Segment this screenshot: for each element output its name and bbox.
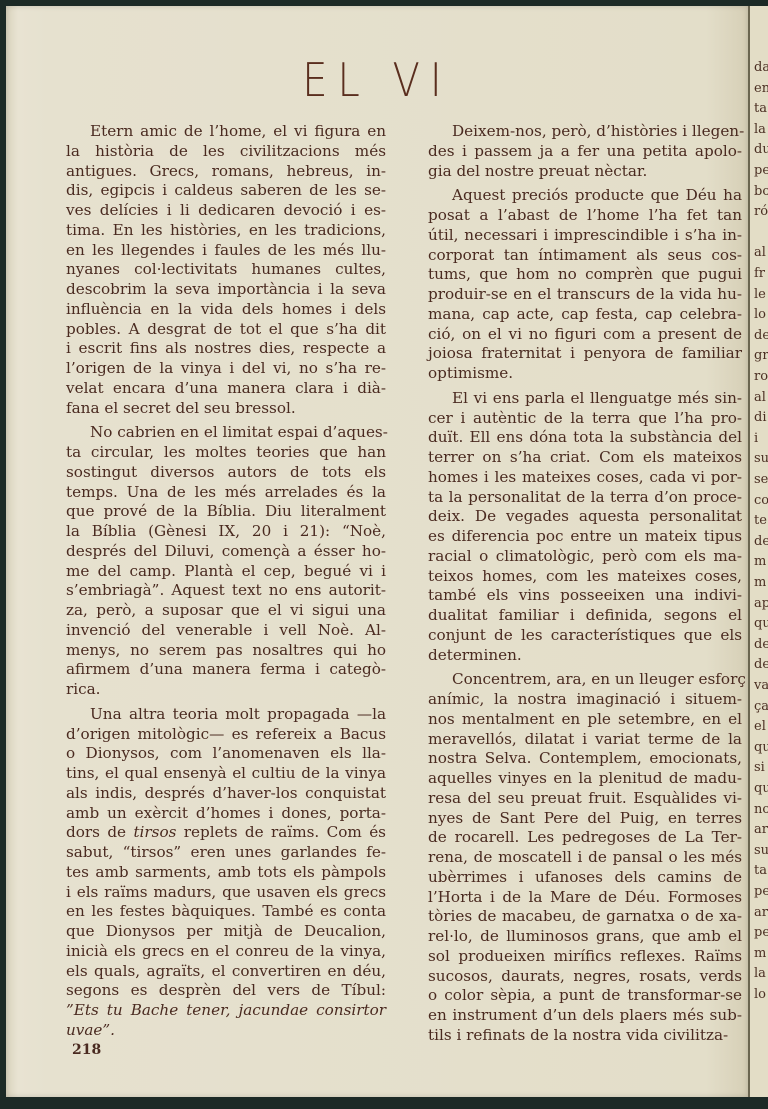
paragraph: El vi ens parla el llenguatge més sin-ce… — [428, 389, 742, 666]
text-line: gia del nostre preuat nèctar. — [428, 162, 742, 182]
text-line: que Dionysos per mitjà de Deucalion, — [66, 922, 386, 942]
adjacent-page-text-fragment: bo — [754, 182, 768, 202]
text-line: Una altra teoria molt propagada —la — [66, 705, 386, 725]
text-line: menys, no serem pas nosaltres qui ho — [66, 641, 386, 661]
text-line: deix. De vegades aquesta personalitat — [428, 507, 742, 527]
adjacent-page-text-fragment: lo — [754, 305, 766, 325]
text-line: ubèrrimes i ufanoses dels camins de — [428, 868, 742, 888]
text-line: posat a l’abast de l’home l’ha fet tan — [428, 206, 742, 226]
text-line: i escrit fins als nostres dies, respecte… — [66, 339, 386, 359]
page-number: 218 — [72, 1042, 101, 1058]
adjacent-page-text-fragment: su — [754, 841, 768, 861]
adjacent-page-text-fragment: lo — [754, 985, 766, 1005]
text-line: teixos homes, com les mateixes coses, — [428, 567, 742, 587]
text-line: produir-se en el transcurs de la vida hu… — [428, 285, 742, 305]
text-line: El vi ens parla el llenguatge més sin- — [428, 389, 742, 409]
text-line: nyanes col·lectivitats humanes cultes, — [66, 260, 386, 280]
adjacent-page-text-fragment: m — [754, 552, 766, 572]
paragraph: Etern amic de l’home, el vi figura enla … — [66, 122, 386, 418]
paragraph: Concentrem, ara, en un lleuger esforçaní… — [428, 670, 742, 1045]
text-line: també els vins posseeixen una indivi- — [428, 586, 742, 606]
article-title: EL VI — [6, 55, 748, 108]
adjacent-page-text-fragment: de — [754, 635, 768, 655]
text-line: temps. Una de les més arrelades és la — [66, 483, 386, 503]
text-line: en instrument d’un dels plaers més sub- — [428, 1006, 742, 1026]
text-line: aquelles vinyes en la plenitud de madu- — [428, 769, 742, 789]
right-column: Deixem-nos, però, d’històries i llegen-d… — [428, 122, 742, 1051]
adjacent-page-text-fragment: m — [754, 573, 766, 593]
text-line: descobrim la seva importància i la seva — [66, 280, 386, 300]
text-line: Concentrem, ara, en un lleuger esforç — [428, 670, 742, 690]
text-line: ”Ets tu Bache tener, jacundae consirtor — [66, 1001, 386, 1021]
text-line: o color sèpia, a punt de transformar-se — [428, 986, 742, 1006]
adjacent-page-text-fragment: gr — [754, 346, 768, 366]
adjacent-page-text-fragment: si — [754, 758, 765, 778]
text-line: dors de tirsos replets de raïms. Com és — [66, 823, 386, 843]
adjacent-page-text-fragment: ap — [754, 594, 768, 614]
text-line: es diferencia poc entre un mateix tipus — [428, 527, 742, 547]
adjacent-page-text-fragment: m — [754, 944, 766, 964]
text-line: sostingut diversos autors de tots els — [66, 463, 386, 483]
text-line: en les llegendes i faules de les més llu… — [66, 241, 386, 261]
text-line: o Dionysos, com l’anomenaven els lla- — [66, 744, 386, 764]
italic-term: tirsos — [133, 823, 176, 841]
adjacent-page-text-fragment: pe — [754, 882, 768, 902]
text-line: meravellós, dilatat i variat terme de la — [428, 730, 742, 750]
adjacent-page-text-fragment: qu — [754, 738, 768, 758]
paragraph: Una altra teoria molt propagada —lad’ori… — [66, 705, 386, 1041]
adjacent-page-text-fragment: ta — [754, 861, 767, 881]
adjacent-page-text-fragment: pe — [754, 923, 768, 943]
text-line: antigues. Grecs, romans, hebreus, in- — [66, 162, 386, 182]
adjacent-page-text-fragment: ar — [754, 903, 768, 923]
text-line: corporat tan íntimament als seus cos- — [428, 246, 742, 266]
text-line: tums, que hom no comprèn que pugui — [428, 265, 742, 285]
text-line: homes i les mateixes coses, cada vi por- — [428, 468, 742, 488]
left-column: Etern amic de l’home, el vi figura enla … — [66, 122, 386, 1046]
adjacent-page-text-fragment: se — [754, 470, 768, 490]
adjacent-page-text-fragment: di — [754, 408, 766, 428]
adjacent-page-text-fragment: da — [754, 58, 768, 78]
text-line: sol produeixen mirífics reflexes. Raïms — [428, 947, 742, 967]
text-line: rena, de moscatell i de pansal o les més — [428, 848, 742, 868]
adjacent-page-text-fragment: te — [754, 511, 767, 531]
text-line: duït. Ell ens dóna tota la substància de… — [428, 428, 742, 448]
adjacent-page-text-fragment: al — [754, 243, 766, 263]
text-line: fana el secret del seu bressol. — [66, 399, 386, 419]
text-line: rel·lo, de lluminosos grans, que amb el — [428, 927, 742, 947]
text-line: als indis, després d’haver-los conquista… — [66, 784, 386, 804]
paragraph: No cabrien en el limitat espai d’aques-t… — [66, 423, 386, 700]
adjacent-page-text-fragment: de — [754, 326, 768, 346]
adjacent-page-text-fragment: fr — [754, 264, 765, 284]
text-line: sabut, “tirsos” eren unes garlandes fe- — [66, 843, 386, 863]
text-line: dis, egipcis i caldeus saberen de les se… — [66, 181, 386, 201]
adjacent-page-text-fragment: qu — [754, 614, 768, 634]
text-line: invenció del venerable i vell Noè. Al- — [66, 621, 386, 641]
adjacent-page-text-fragment: ta — [754, 99, 767, 119]
text-line: després del Diluvi, començà a ésser ho- — [66, 542, 386, 562]
adjacent-page-text-fragment: al — [754, 388, 766, 408]
text-line: des i passem ja a fer una petita apolo- — [428, 142, 742, 162]
adjacent-page-edge: daentaladupeboróalfrlelodegrroaldiisusec… — [748, 6, 768, 1097]
text-line: uvae”. — [66, 1021, 386, 1041]
adjacent-page-text-fragment: du — [754, 140, 768, 160]
adjacent-page-text-fragment: qu — [754, 779, 768, 799]
text-line: za, però, a suposar que el vi sigui una — [66, 601, 386, 621]
text-line: l’Horta i de la Mare de Déu. Formoses — [428, 888, 742, 908]
adjacent-page-text-fragment: ro — [754, 367, 768, 387]
text-line: inicià els grecs en el conreu de la viny… — [66, 942, 386, 962]
adjacent-page-text-fragment: en — [754, 79, 768, 99]
text-line: mana, cap acte, cap festa, cap celebra- — [428, 305, 742, 325]
adjacent-page-text-fragment: i — [754, 429, 758, 449]
adjacent-page-text-fragment: va — [754, 676, 768, 696]
text-line: i els raïms madurs, que usaven els grecs — [66, 883, 386, 903]
text-line: optimisme. — [428, 364, 742, 384]
paragraph: Aquest preciós producte que Déu haposat … — [428, 186, 742, 384]
adjacent-page-text-fragment: pe — [754, 161, 768, 181]
text-line: que prové de la Bíblia. Diu literalment — [66, 502, 386, 522]
text-line: nostra Selva. Contemplem, emocionats, — [428, 749, 742, 769]
text-line: l’origen de la vinya i del vi, no s’ha r… — [66, 359, 386, 379]
text-line: Etern amic de l’home, el vi figura en — [66, 122, 386, 142]
text-line: cer i autèntic de la terra que l’ha pro- — [428, 409, 742, 429]
text-line: tòries de macabeu, de garnatxa o de xa- — [428, 907, 742, 927]
adjacent-page-text-fragment: el — [754, 717, 766, 737]
text-line: ves delícies i li dedicaren devoció i es… — [66, 201, 386, 221]
text-line: afirmem d’una manera ferma i categò- — [66, 660, 386, 680]
text-line: determinen. — [428, 646, 742, 666]
adjacent-page-text-fragment: co — [754, 491, 768, 511]
adjacent-page-text-fragment: le — [754, 285, 766, 305]
magazine-page: EL VI Etern amic de l’home, el vi figura… — [6, 6, 748, 1097]
text-line: Aquest preciós producte que Déu ha — [428, 186, 742, 206]
text-line: ció, on el vi no figuri com a present de — [428, 325, 742, 345]
text-line: rica. — [66, 680, 386, 700]
text-line: ta circular, les moltes teories que han — [66, 443, 386, 463]
text-line: pobles. A desgrat de tot el que s’ha dit — [66, 320, 386, 340]
text-line: útil, necessari i imprescindible i s’ha … — [428, 226, 742, 246]
text-line: la Bíblia (Gènesi IX, 20 i 21): “Noè, — [66, 522, 386, 542]
text-line: influència en la vida dels homes i dels — [66, 300, 386, 320]
text-line: joiosa fraternitat i penyora de familiar — [428, 344, 742, 364]
text-line: segons es desprèn del vers de Tíbul: — [66, 981, 386, 1001]
text-line: Deixem-nos, però, d’històries i llegen- — [428, 122, 742, 142]
text-line: els quals, agraïts, el convertiren en dé… — [66, 962, 386, 982]
text-line: dualitat familiar i definida, segons el — [428, 606, 742, 626]
text-line: tins, el qual ensenyà el cultiu de la vi… — [66, 764, 386, 784]
adjacent-page-text-fragment: ça — [754, 697, 768, 717]
text-line: tima. En les històries, en les tradicion… — [66, 221, 386, 241]
adjacent-page-text-fragment: no — [754, 800, 768, 820]
text-line: en les festes bàquiques. També es conta — [66, 902, 386, 922]
text-line: de rocarell. Les pedregoses de La Ter- — [428, 828, 742, 848]
adjacent-page-text-fragment: su — [754, 449, 768, 469]
text-line: la història de les civilitzacions més — [66, 142, 386, 162]
text-line: tes amb sarments, amb tots els pàmpols — [66, 863, 386, 883]
adjacent-page-text-fragment: ar — [754, 820, 768, 840]
text-line: conjunt de les característiques que els — [428, 626, 742, 646]
adjacent-page-text-fragment: ró — [754, 202, 768, 222]
text-line: velat encara d’una manera clara i dià- — [66, 379, 386, 399]
text-line: me del camp. Plantà el cep, begué vi i — [66, 562, 386, 582]
text-line: sucosos, daurats, negres, rosats, verds — [428, 967, 742, 987]
text-line: d’origen mitològic— es refereix a Bacus — [66, 725, 386, 745]
text-line: terrer on s’ha criat. Com els mateixos — [428, 448, 742, 468]
text-line: No cabrien en el limitat espai d’aques- — [66, 423, 386, 443]
text-line: nos mentalment en ple setembre, en el — [428, 710, 742, 730]
text-line: tils i refinats de la nostra vida civili… — [428, 1026, 742, 1046]
text-line: s’embriagà”. Aquest text no ens autorit- — [66, 581, 386, 601]
paragraph: Deixem-nos, però, d’històries i llegen-d… — [428, 122, 742, 181]
adjacent-page-text-fragment: la — [754, 120, 766, 140]
adjacent-page-text-fragment: la — [754, 964, 766, 984]
text-line: nyes de Sant Pere del Puig, en terres — [428, 809, 742, 829]
adjacent-page-text-fragment: de — [754, 655, 768, 675]
text-line: ta la personalitat de la terra d’on proc… — [428, 488, 742, 508]
text-line: racial o climatològic, però com els ma- — [428, 547, 742, 567]
adjacent-page-text-fragment: de — [754, 532, 768, 552]
text-line: amb un exèrcit d’homes i dones, porta- — [66, 804, 386, 824]
text-line: resa del seu preuat fruit. Esquàlides vi… — [428, 789, 742, 809]
text-line: anímic, la nostra imaginació i situem- — [428, 690, 742, 710]
